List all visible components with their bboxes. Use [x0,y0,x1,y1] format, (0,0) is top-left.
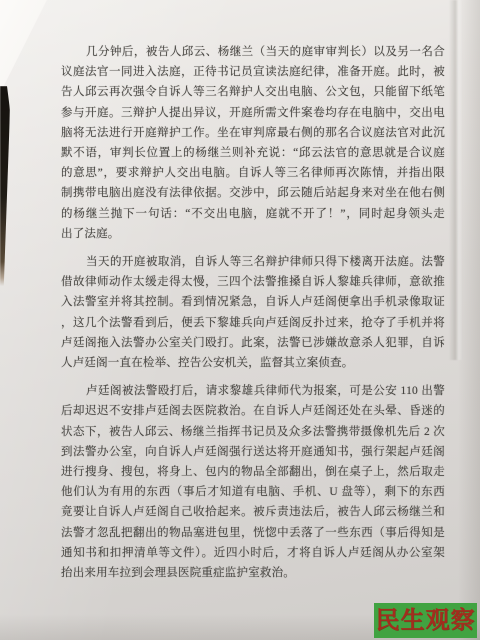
text-line: 他们认为有用的东西（事后才知道有电脑、手机、U 盘等），剩下的东西 [61,482,445,502]
text-line: 到法警办公室，向自诉人卢廷阁强行送达将开庭通知书，强行架起卢廷阁 [61,442,445,462]
text-line: 的意思”，要求辩护人交出电脑。自诉人等三名律师再次陈情，并指出限 [61,163,445,183]
text-line: 法警才忽乱把翻出的物品塞进包里，恍惚中丢落了一些东西（事后得知是 [61,523,445,543]
text-line: 出了法庭。 [61,224,445,244]
paragraph: 当天的开庭被取消，自诉人等三名辩护律师只得下楼离开法庭。法警 借故律师动作太缓走… [61,252,445,373]
text-line: 竟要让自诉人卢廷阁自己收拾起来。被斥责违法后，被告人邱云杨继兰和 [61,502,445,522]
text-line: 入法警室并将其控制。看到情况紧急，自诉人卢廷阁便拿出手机录像取证 [61,292,445,312]
text-line: 人卢廷阁一直在检举、控告公安机关，监督其立案侦查。 [61,353,445,373]
text-line: 借故律师动作太缓走得太慢，三四个法警推搡自诉人黎雄兵律师，意欲推 [61,272,445,292]
text-line: 通知书和扣押清单等文件）。近四小时后，才将自诉人卢廷阁从办公室架 [61,543,445,563]
paragraph: 卢廷阁被法警殴打后，请求黎雄兵律师代为报案，可是公安 110 出警 后却迟迟不安… [61,381,445,583]
text-line: 默不语，审判长位置上的杨继兰则补充说：“邱云法官的意思就是合议庭 [61,143,445,163]
text-line: 当天的开庭被取消，自诉人等三名辩护律师只得下楼离开法庭。法警 [61,252,445,272]
text-line: 的杨继兰抛下一句话：“不交出电脑，庭就不开了！”，同时起身领头走 [61,204,445,224]
right-edge-shade [458,0,480,640]
text-line: 告人邱云再次强令自诉人等三名辩护人交出电脑、公文包，只能留下纸笔 [61,82,445,102]
paragraph: 几分钟后，被告人邱云、杨继兰（当天的庭审审判长）以及另一名合 议庭法官一同进入法… [61,42,445,244]
text-line: 卢廷阁拖入法警办公室关门殴打。此案，法警已涉嫌故意杀人犯罪，自诉 [61,333,445,353]
watermark-text: 民生观察 [376,609,476,633]
text-line: 脑将无法进行开庭辩护工作。坐在审判席最右侧的那名合议庭法官对此沉 [61,123,445,143]
text-line: 参与开庭。三辩护人提出异议，开庭所需文件案卷均存在电脑中，交出电 [61,103,445,123]
document-text: 几分钟后，被告人邱云、杨继兰（当天的庭审审判长）以及另一名合 议庭法官一同进入法… [61,42,445,591]
text-line: 卢廷阁被法警殴打后，请求黎雄兵律师代为报案，可是公安 110 出警 [61,381,445,401]
text-line: 议庭法官一同进入法庭，正待书记员宣读法庭纪律，准备开庭。此时，被 [61,62,445,82]
text-line: 抬出来用车拉到会理县医院重症监护室救治。 [61,563,445,583]
document-photo: 几分钟后，被告人邱云、杨继兰（当天的庭审审判长）以及另一名合 议庭法官一同进入法… [0,0,480,640]
text-line: 几分钟后，被告人邱云、杨继兰（当天的庭审审判长）以及另一名合 [61,42,445,62]
watermark-badge: 民生观察 [374,603,477,638]
text-line: 后却迟迟不安排卢廷阁去医院救治。在自诉人卢廷阁还处在头晕、昏迷的 [61,401,445,421]
text-line: ，这几个法警看到后，便丢下黎雄兵向卢廷阁反扑过来，抢夺了手机并将 [61,313,445,333]
text-line: 制携带电脑出庭没有法律依据。交涉中，邱云随后站起身来对坐在他右侧 [61,183,445,203]
text-line: 进行搜身、搜包，将身上、包内的物品全部翻出，倒在桌子上，然后取走 [61,462,445,482]
text-line: 状态下，被告人邱云、杨继兰指挥书记员及众多法警携带摄像机先后 2 次 [61,422,445,442]
left-edge-shadow [0,86,10,286]
